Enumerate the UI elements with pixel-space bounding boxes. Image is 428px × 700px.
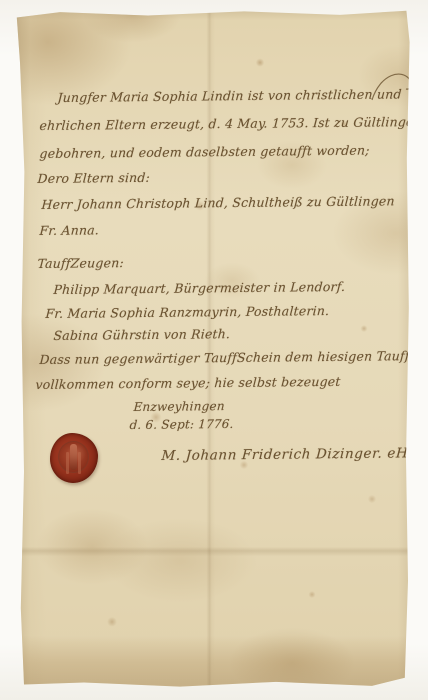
handwriting-line: Jungfer Maria Sophia Lindin ist von chri… [57, 86, 402, 105]
red-wax-seal-icon [50, 433, 98, 483]
handwriting-line: Sabina Gührstin von Rieth. [53, 326, 231, 343]
handwriting-line: ehrlichen Eltern erzeugt, d. 4 May. 1753… [39, 114, 422, 133]
handwriting-line: Fr. Maria Sophia Ranzmayrin, Posthalteri… [45, 303, 330, 321]
manuscript-paper: Jungfer Maria Sophia Lindin ist von chri… [12, 8, 412, 690]
handwriting-line: vollkommen conform seye; hie selbst beze… [35, 374, 341, 392]
handwriting-line: Fr. Anna. [39, 222, 99, 238]
handwriting-line: Philipp Marquart, Bürgermeister in Lendo… [53, 279, 346, 297]
dateline-place: Enzweyhingen [133, 399, 225, 414]
handwriting-line: Herr Johann Christoph Lind, Schultheiß z… [41, 193, 395, 212]
handwriting-line: gebohren, und eodem daselbsten getaufft … [39, 143, 370, 161]
witnesses-heading: TauffZeugen: [37, 255, 124, 271]
parents-heading: Dero Eltern sind: [37, 170, 150, 186]
dateline-date: d. 6. Sept: 1776. [129, 417, 234, 432]
signature: M. Johann Friderich Dizinger. eHand. [161, 445, 428, 464]
handwriting-line: Dass nun gegenwärtiger TauffSchein dem h… [39, 348, 428, 367]
